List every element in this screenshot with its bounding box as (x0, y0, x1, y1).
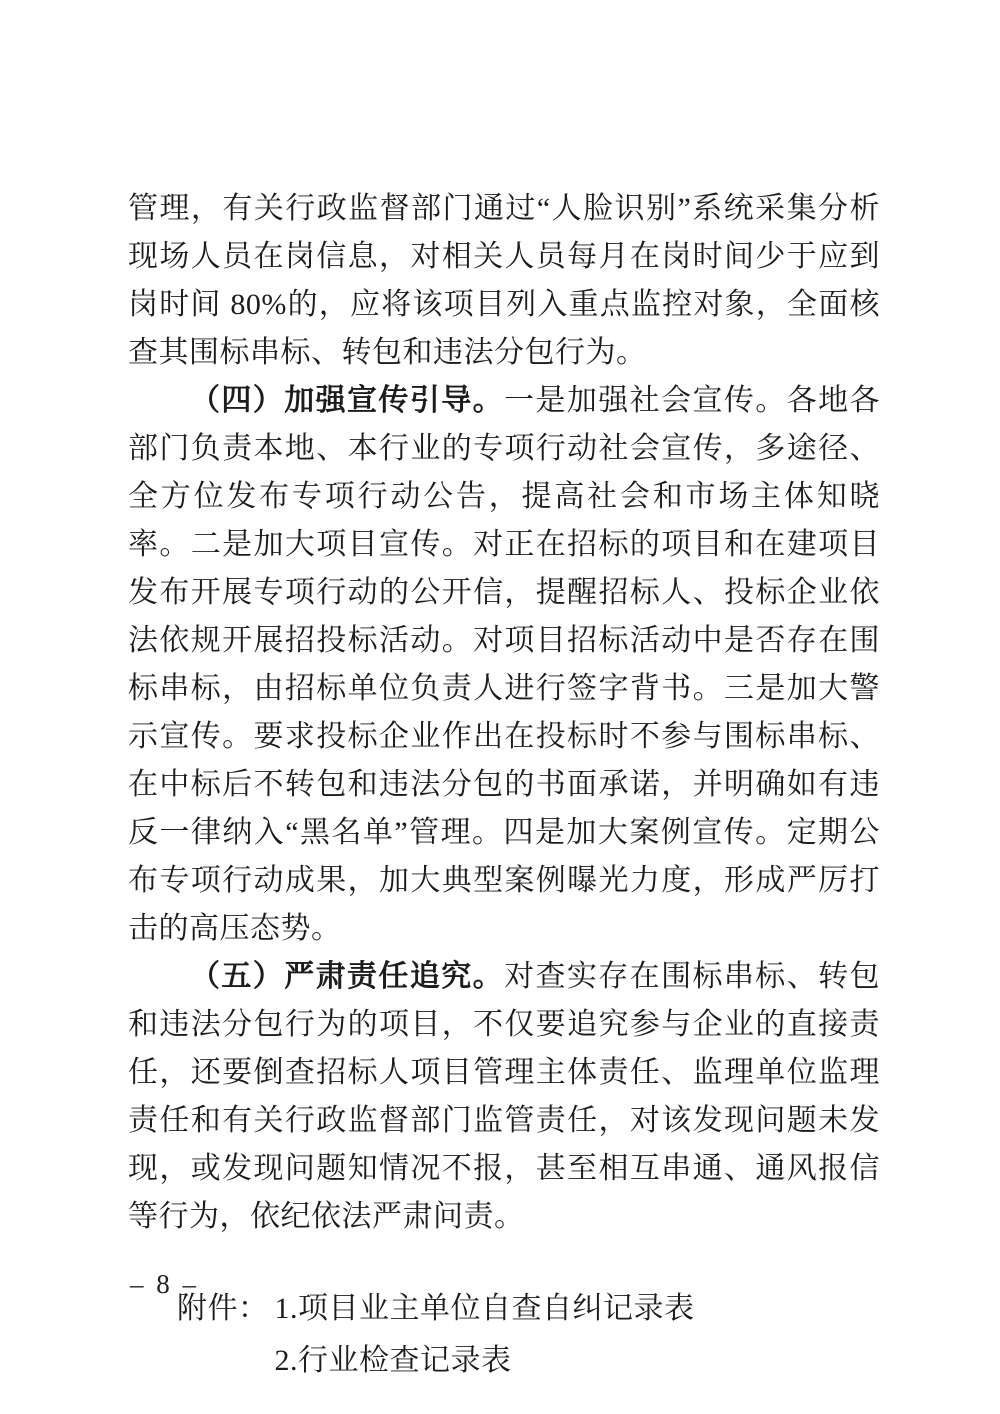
section-heading: （四）加强宣传引导。 (190, 384, 504, 417)
paragraph-section-4: （四）加强宣传引导。一是加强社会宣传。各地各部门负责本地、本行业的专项行动社会宣… (128, 377, 880, 953)
document-body: 管理，有关行政监督部门通过“人脸识别”系统采集分析现场人员在岗信息，对相关人员每… (128, 185, 880, 1387)
attachment-item: 2.行业检查记录表 (275, 1335, 881, 1387)
section-heading: （五）严肃责任追究。 (190, 960, 504, 993)
paragraph-text: 对查实存在围标串标、转包和违法分包行为的项目，不仅要追究参与企业的直接责任，还要… (128, 960, 880, 1233)
page-number: – 8 – (130, 1269, 199, 1299)
paragraph-continuation: 管理，有关行政监督部门通过“人脸识别”系统采集分析现场人员在岗信息，对相关人员每… (128, 185, 880, 377)
paragraph-text: 一是加强社会宣传。各地各部门负责本地、本行业的专项行动社会宣传，多途径、全方位发… (128, 384, 880, 945)
paragraph-text: 管理，有关行政监督部门通过“人脸识别”系统采集分析现场人员在岗信息，对相关人员每… (128, 192, 880, 369)
attachments-block: 附件： 1.项目业主单位自查自纠记录表 2.行业检查记录表 (128, 1283, 880, 1387)
paragraph-section-5: （五）严肃责任追究。对查实存在围标串标、转包和违法分包行为的项目，不仅要追究参与… (128, 953, 880, 1241)
document-page: 管理，有关行政监督部门通过“人脸识别”系统采集分析现场人员在岗信息，对相关人员每… (0, 0, 1000, 1414)
attachments-list: 1.项目业主单位自查自纠记录表 2.行业检查记录表 (275, 1283, 881, 1387)
page-footer: – 8 – (130, 1268, 199, 1300)
attachment-item: 1.项目业主单位自查自纠记录表 (275, 1283, 881, 1335)
attachments-row: 附件： 1.项目业主单位自查自纠记录表 2.行业检查记录表 (177, 1283, 880, 1387)
